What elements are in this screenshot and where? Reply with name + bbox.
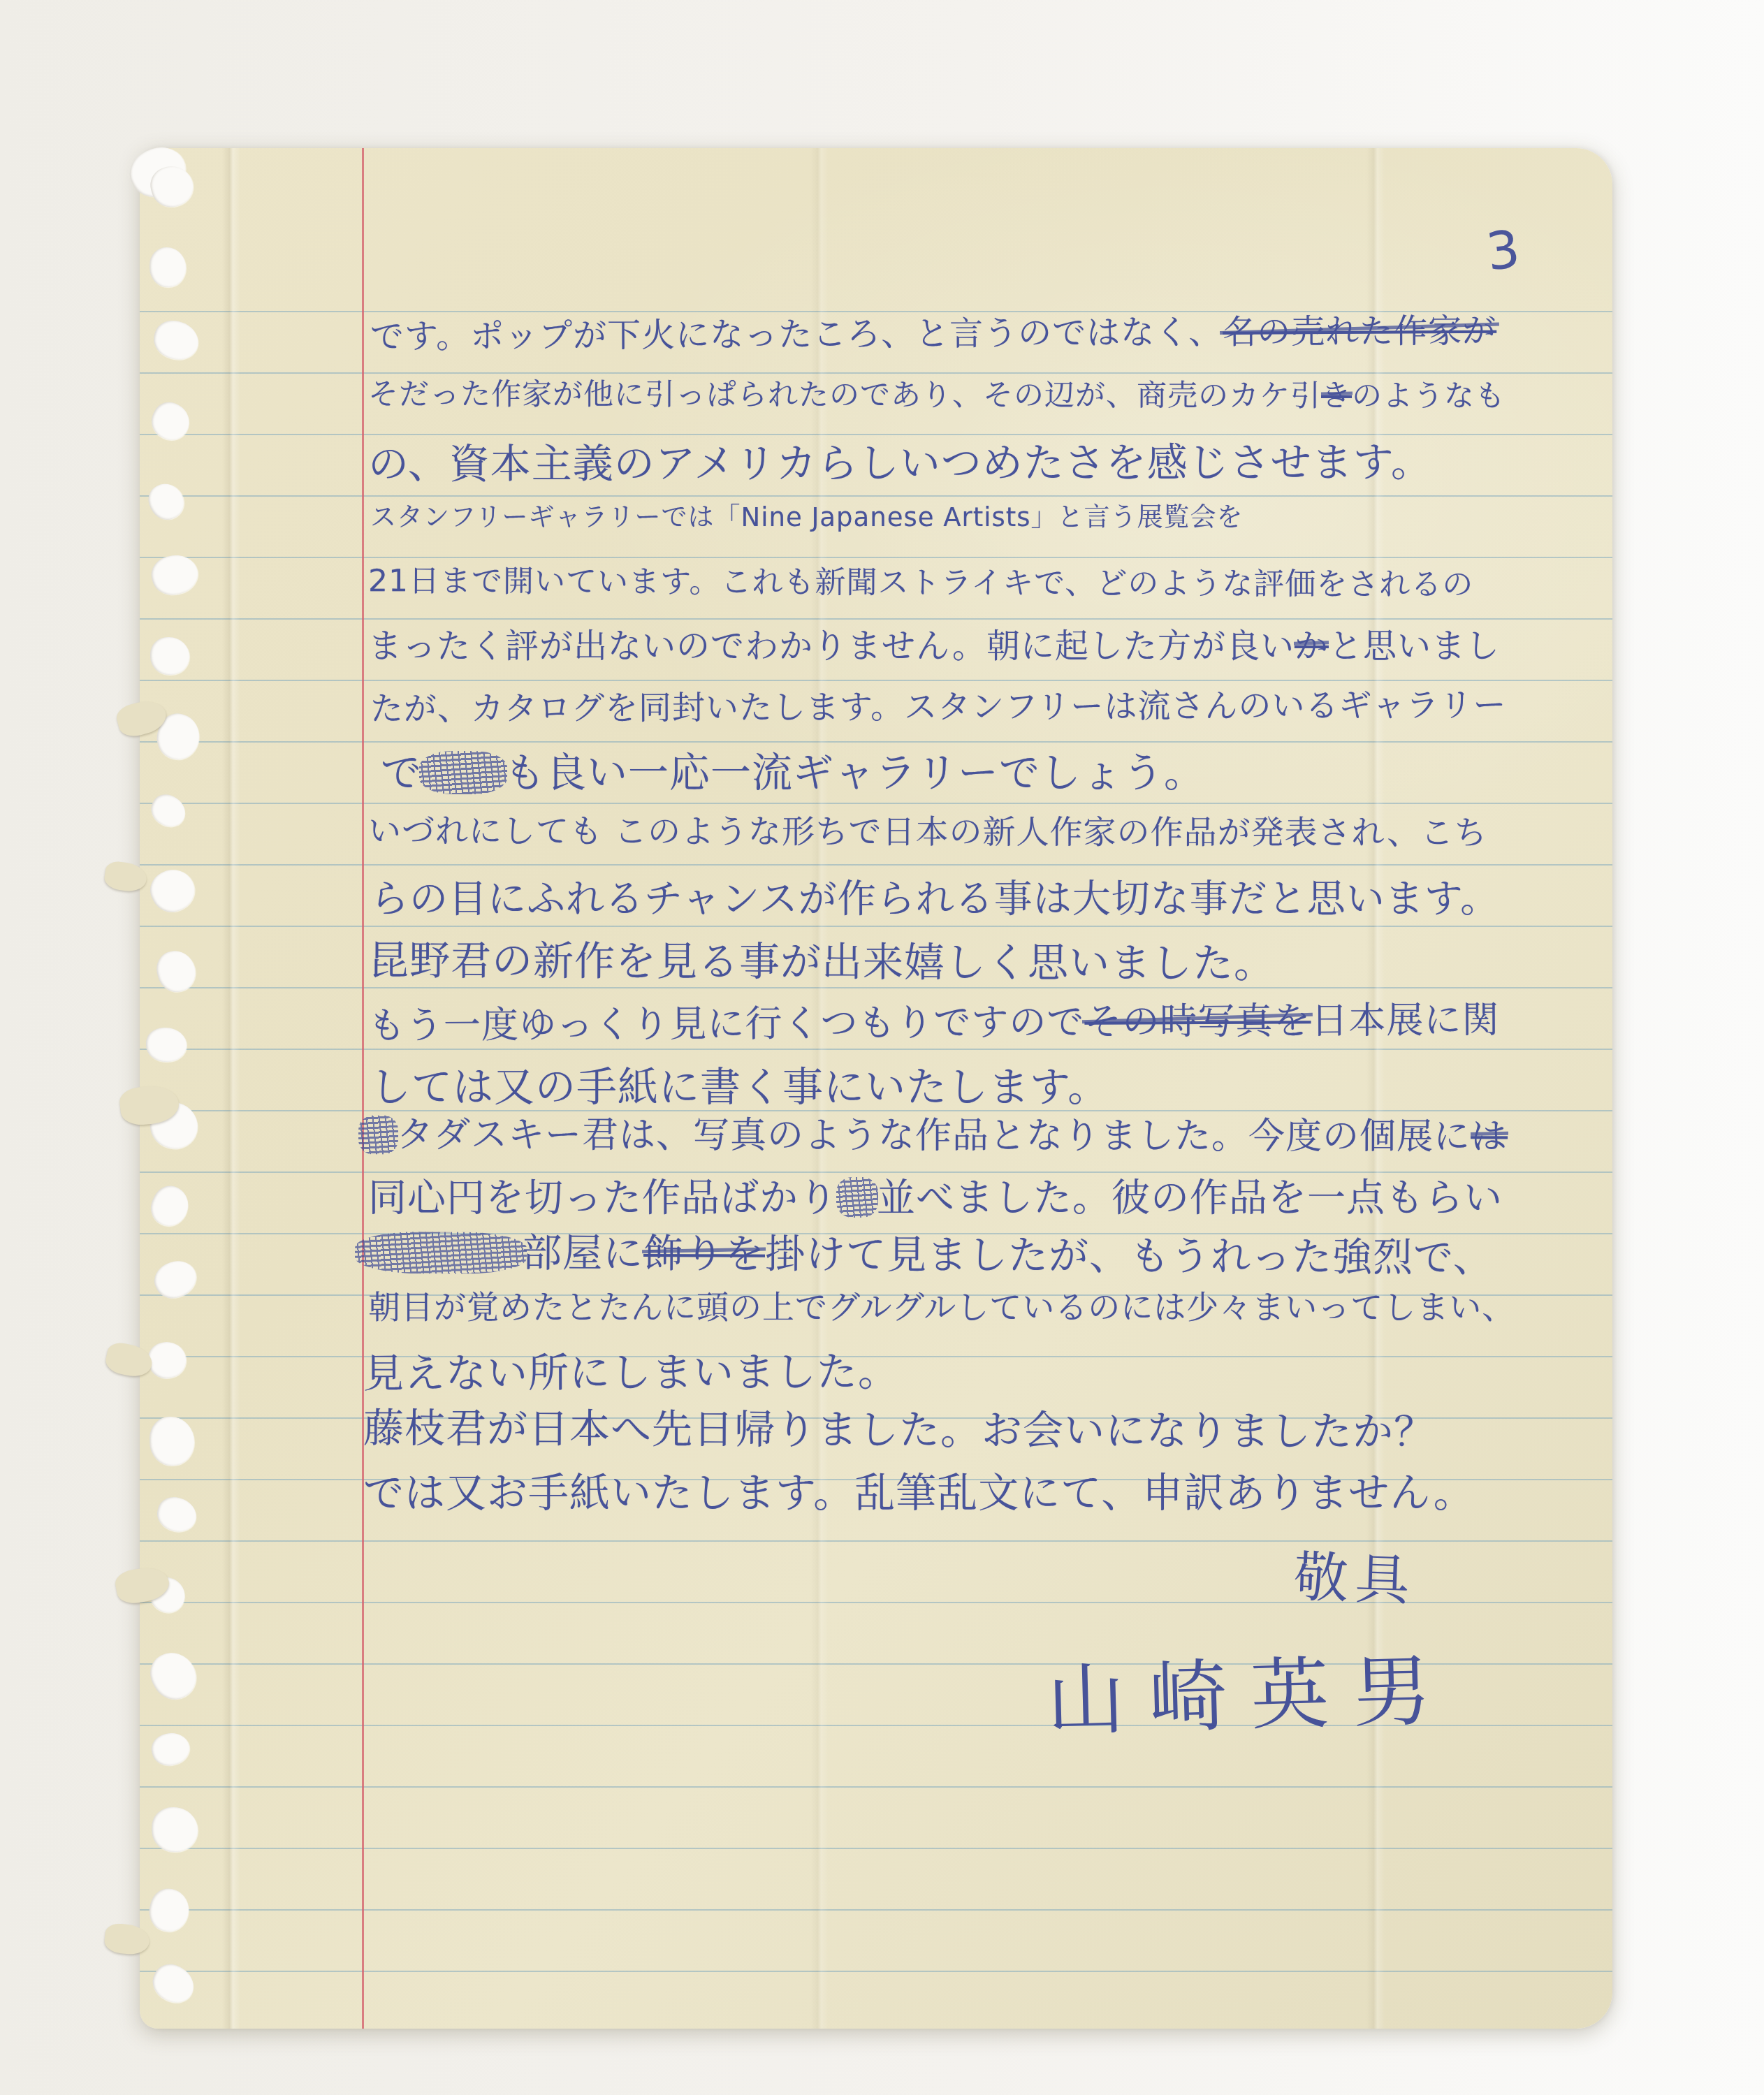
handwritten-line-19: 藤枝君が日本へ先日帰りました。お会いになりましたか？ (363, 1406, 1435, 1454)
torn-hole (152, 1807, 198, 1852)
text-segment: のようなも (1352, 379, 1506, 414)
text-segment-scribble (360, 1114, 397, 1156)
text-segment: 並べました。彼の作品を一点もらい (877, 1175, 1503, 1220)
handwritten-line-3: の、資本主義のアメリカらしいつめたさを感じさせます。 (368, 441, 1432, 487)
torn-hole (150, 637, 189, 675)
text-segment: いづれにしても このような形ちで日本の新人作家の作品が発表され、こち (368, 812, 1487, 853)
handwritten-line-4: スタンフリーギャラリーでは「Nine Japanese Artists」と言う展… (370, 504, 1244, 532)
handwritten-line-20: では又お手紙いたします。乱筆乱文にて、申訳ありません。 (363, 1471, 1475, 1516)
text-segment: の、資本主義のアメリカらしいつめたさを感じさせます。 (368, 439, 1432, 488)
text-segment: たが、カタログを同封いたします。スタンフリーは流さんのいるギャラリー (370, 686, 1507, 729)
paper-crease (1366, 148, 1385, 2029)
handwritten-line-15: 同心円を切った作品ばかり 並べました。彼の作品を一点もらい (368, 1176, 1503, 1219)
text-segment: と思いまし (1329, 627, 1500, 666)
handwritten-line-7: たが、カタログを同封いたします。スタンフリーは流さんのいるギャラリー (370, 687, 1507, 727)
text-segment: 掛けて見ましたが、もうれった強烈で、 (765, 1232, 1494, 1281)
text-segment: 朝目が覚めたとたんに頭の上でグルグルしているのには少々まいってしまい、 (368, 1288, 1515, 1326)
red-margin-line (362, 148, 364, 2029)
letter-signature: 山崎英男 (1045, 1628, 1456, 1751)
text-segment: も良い一応一流ギャラリーでしょう。 (504, 749, 1205, 796)
handwritten-line-9: いづれにしても このような形ちで日本の新人作家の作品が発表され、こち (368, 814, 1487, 852)
torn-hole (150, 1417, 194, 1466)
text-segment: スタンフリーギャラリーでは「Nine Japanese Artists」と言う展… (370, 502, 1244, 532)
text-segment: もう一度ゆっくり見に行くつもりですので (368, 1001, 1085, 1047)
letter-closing: 敬具 (1292, 1533, 1418, 1616)
handwritten-line-17: 朝目が覚めたとたんに頭の上でグルグルしているのには少々まいってしまい、 (368, 1290, 1515, 1325)
text-segment: 見えない所にしまいました。 (363, 1348, 899, 1398)
text-segment-struck: その時写真を (1084, 1000, 1311, 1044)
paper-crease (222, 148, 240, 2029)
handwritten-line-16: 部屋に飾りを掛けて見ましたが、もうれった強烈で、 (360, 1231, 1494, 1280)
handwritten-line-13: しては又の手紙に書く事にいたします。 (370, 1065, 1109, 1110)
handwritten-line-2: そだった作家が他に引っぱられたのであり、その辺が、商売のカケ引きのようなも (368, 379, 1506, 414)
text-segment: らの目にふれるチャンスが作られる事は大切な事だと思います。 (370, 876, 1499, 921)
text-segment-struck: か (1295, 627, 1329, 666)
text-segment: そだった作家が他に引っぱられたのであり、その辺が、商売のカケ引 (368, 377, 1321, 414)
text-segment-scribble (422, 749, 504, 796)
text-segment-struck: 飾りを (643, 1231, 765, 1278)
handwritten-line-12: もう一度ゆっくり見に行くつもりですのでその時写真を日本展に関 (368, 1000, 1500, 1047)
handwritten-line-14: タダスキー君は、写真のような作品となりました。今度の個展には (360, 1116, 1508, 1158)
handwritten-line-6: まったく評が出ないのでわかりません。朝に起した方が良いかと思いまし (368, 628, 1500, 665)
text-segment: です。ポップが下火になったころ、と言うのではなく、 (370, 313, 1223, 356)
text-segment-struck: 名の売れた作家が (1223, 312, 1496, 352)
handwritten-line-18: 見えない所にしまいました。 (363, 1350, 899, 1396)
scanned-letter-scene: です。ポップが下火になったころ、と言うのではなく、名の売れた作家がそだった作家が… (0, 0, 1764, 2095)
text-segment: 藤枝君が日本へ先日帰りました。お会いになりましたか？ (363, 1404, 1435, 1455)
torn-hole (146, 1028, 187, 1062)
handwritten-line-8: で も良い一応一流ギャラリーでしょう。 (381, 751, 1205, 796)
text-segment: 部屋に (522, 1230, 643, 1277)
text-segment-struck: は (1471, 1116, 1508, 1158)
text-segment: しては又の手紙に書く事にいたします。 (370, 1063, 1109, 1111)
text-segment: で (381, 749, 422, 796)
handwritten-line-5: 21日まで開いています。これも新聞ストライキで、どのような評価をされるの (368, 564, 1473, 602)
text-segment-scribble (360, 1229, 522, 1276)
text-segment-struck: き (1321, 379, 1352, 414)
handwritten-line-10: らの目にふれるチャンスが作られる事は大切な事だと思います。 (370, 877, 1499, 920)
torn-hole (150, 247, 186, 287)
handwritten-line-11: 昆野君の新作を見る事が出来嬉しく思いました。 (368, 939, 1275, 986)
text-segment: 同心円を切った作品ばかり (368, 1175, 838, 1220)
text-segment: 21日まで開いています。これも新聞ストライキで、どのような評価をされるの (368, 563, 1473, 603)
text-segment: 昆野君の新作を見る事が出来嬉しく思いました。 (368, 937, 1275, 988)
handwritten-line-1: です。ポップが下火になったころ、と言うのではなく、名の売れた作家が (370, 313, 1496, 356)
text-segment: タダスキー君は、写真のような作品となりました。今度の個展に (397, 1114, 1471, 1158)
text-segment: では又お手紙いたします。乱筆乱文にて、申訳ありません。 (363, 1469, 1475, 1517)
text-segment-scribble (838, 1175, 877, 1220)
text-segment: 日本展に関 (1311, 999, 1499, 1042)
text-segment: まったく評が出ないのでわかりません。朝に起した方が良い (368, 627, 1295, 666)
